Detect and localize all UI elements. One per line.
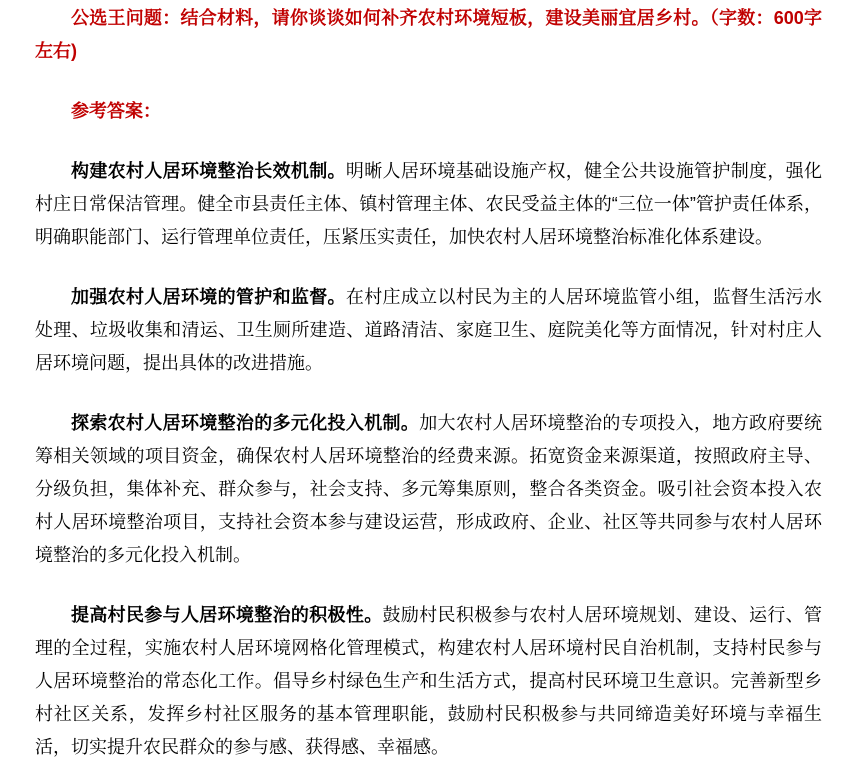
document-page: 公选王问题：结合材料，请你谈谈如何补齐农村环境短板，建设美丽宜居乡村。（字数：6… (0, 0, 856, 775)
answer-label: 参考答案： (35, 95, 822, 128)
answer-paragraph: 加强农村人居环境的管护和监督。在村庄成立以村民为主的人居环境监管小组，监督生活污… (35, 281, 822, 380)
paragraph-body: 鼓励村民积极参与农村人居环境规划、建设、运行、管理的全过程，实施农村人居环境网格… (35, 605, 822, 757)
paragraph-lead: 构建农村人居环境整治长效机制。 (71, 161, 346, 181)
paragraph-lead: 提高村民参与人居环境整治的积极性。 (71, 605, 383, 625)
paragraph-lead: 探索农村人居环境整治的多元化投入机制。 (71, 413, 419, 433)
answer-paragraph: 提高村民参与人居环境整治的积极性。鼓励村民积极参与农村人居环境规划、建设、运行、… (35, 599, 822, 764)
question-title: 公选王问题：结合材料，请你谈谈如何补齐农村环境短板，建设美丽宜居乡村。（字数：6… (35, 2, 822, 68)
paragraph-body: 加大农村人居环境整治的专项投入，地方政府要统筹相关领域的项目资金，确保农村人居环… (35, 413, 822, 565)
answer-paragraph: 探索农村人居环境整治的多元化投入机制。加大农村人居环境整治的专项投入，地方政府要… (35, 407, 822, 572)
answer-paragraphs: 构建农村人居环境整治长效机制。明晰人居环境基础设施产权，健全公共设施管护制度，强… (35, 155, 822, 764)
paragraph-lead: 加强农村人居环境的管护和监督。 (71, 287, 346, 307)
answer-paragraph: 构建农村人居环境整治长效机制。明晰人居环境基础设施产权，健全公共设施管护制度，强… (35, 155, 822, 254)
